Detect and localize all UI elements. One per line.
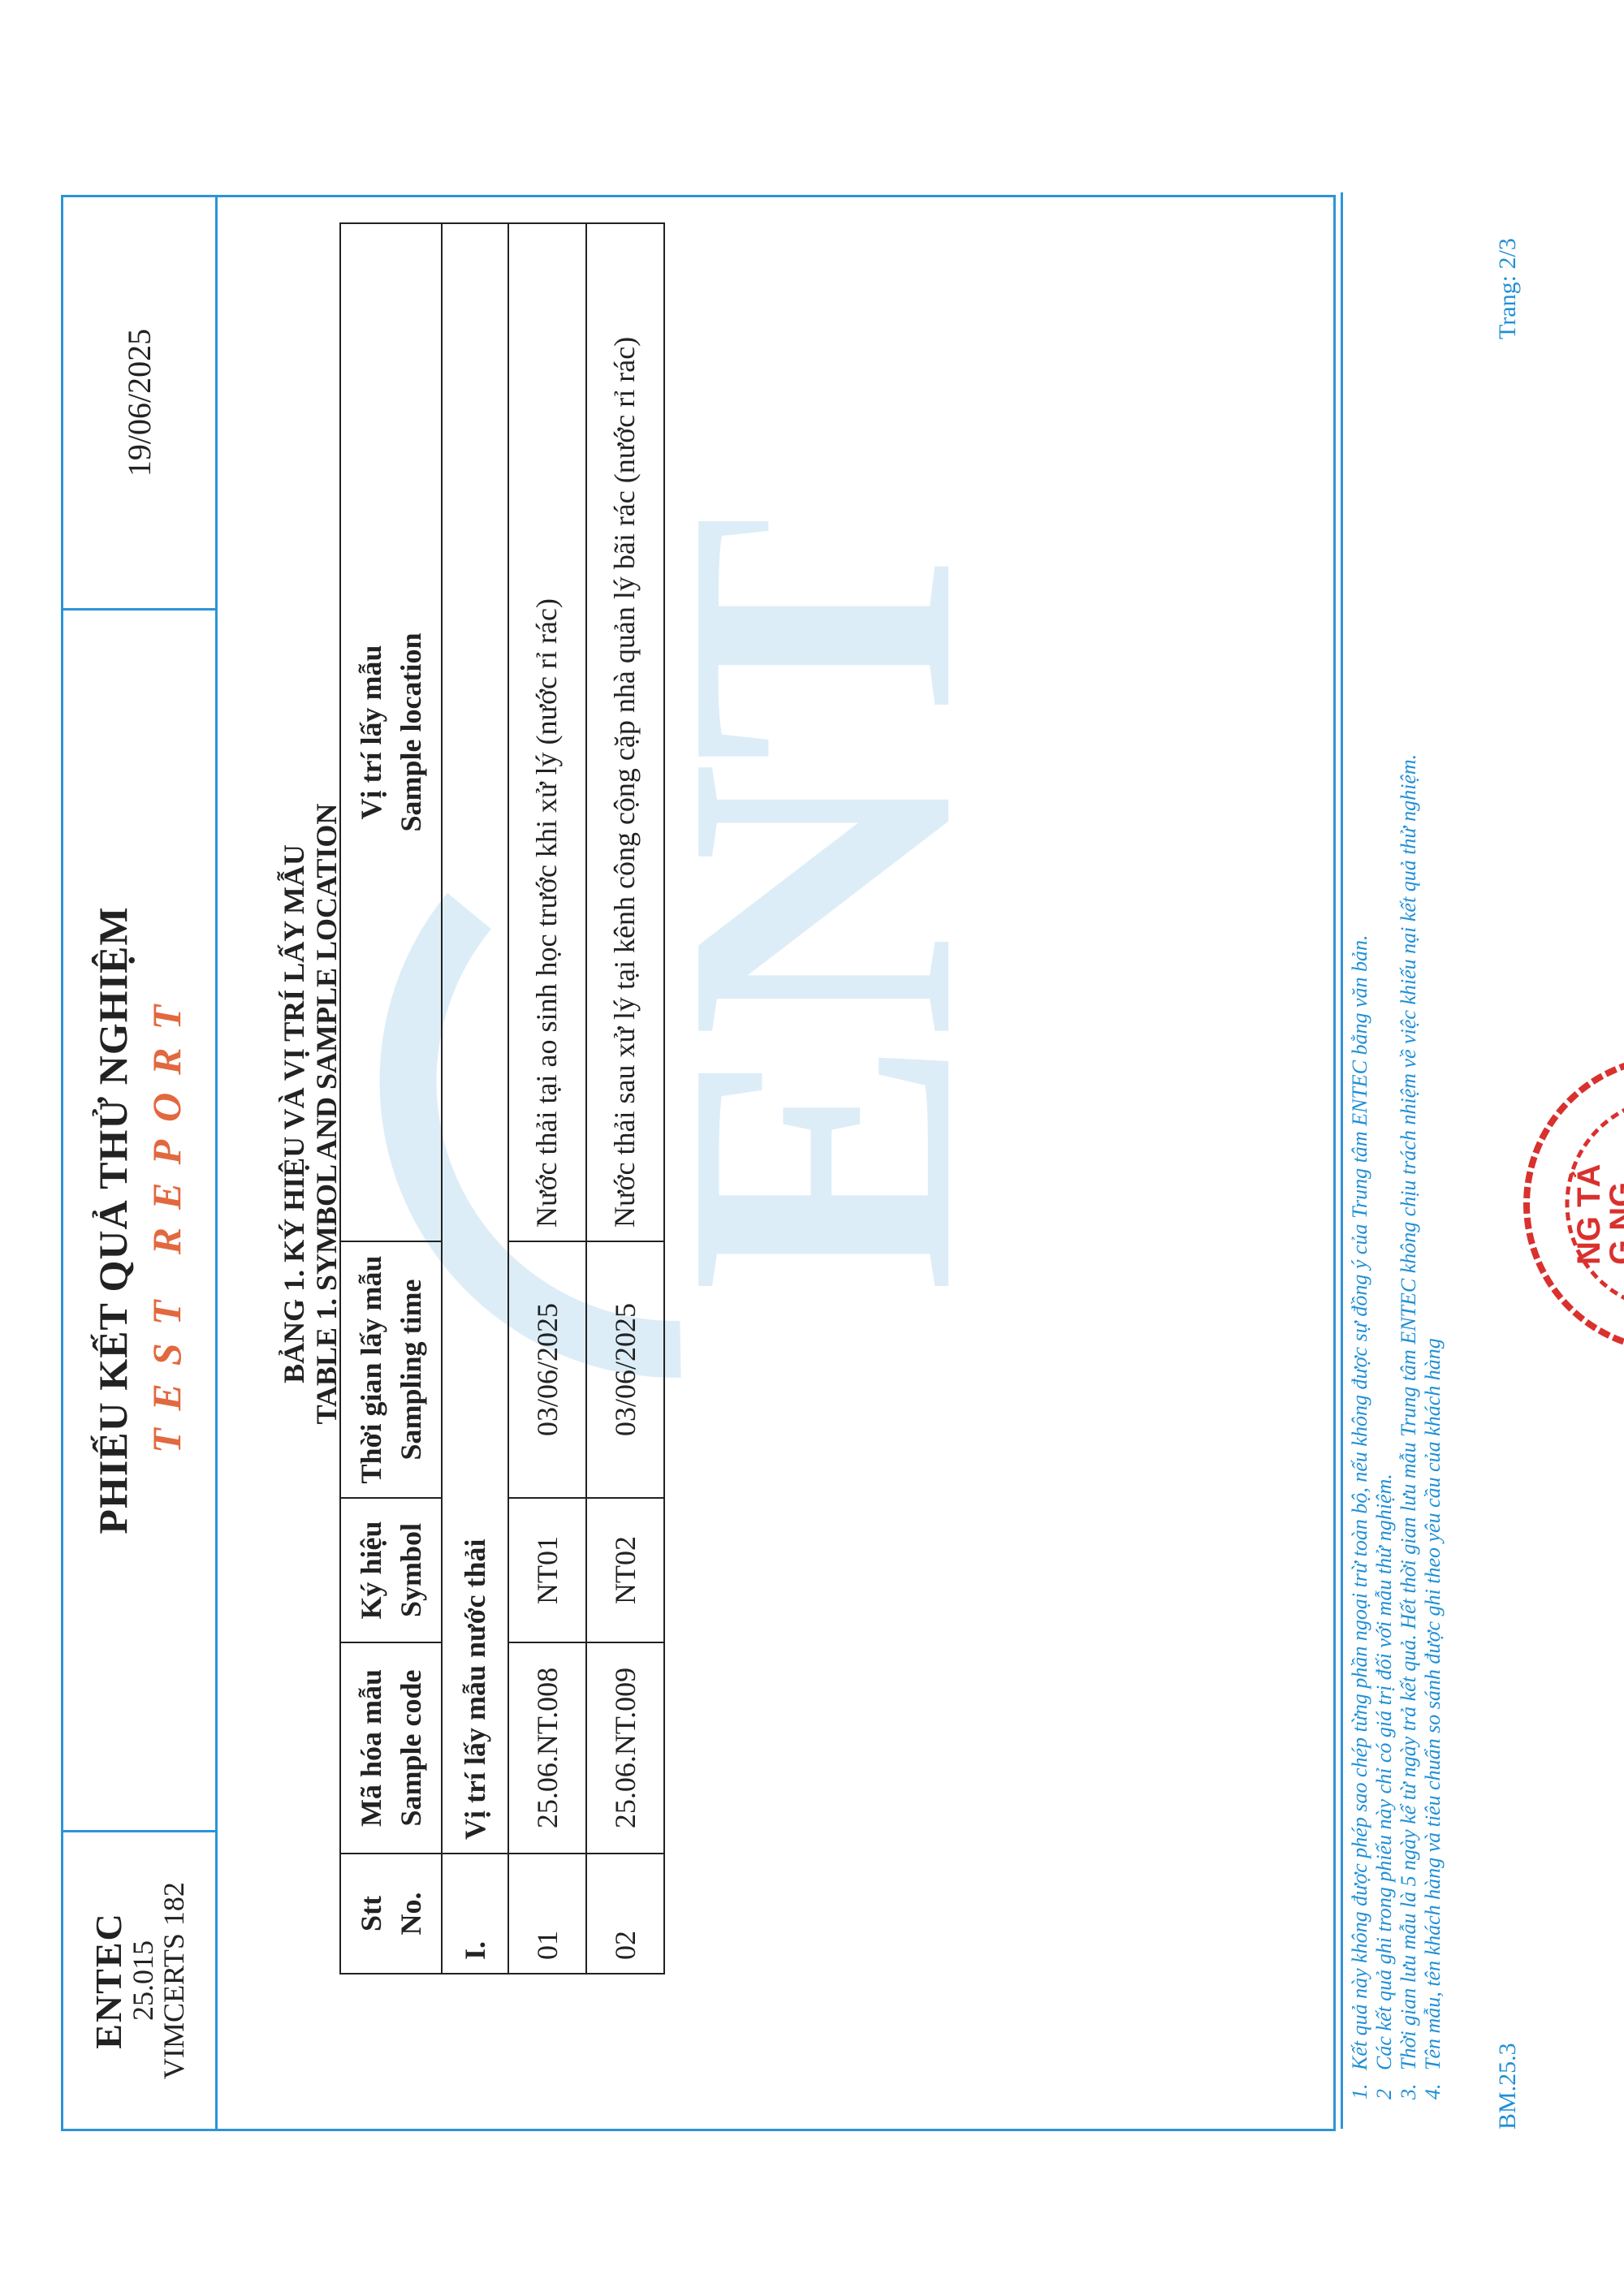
table-header-row: SttNo. Mã hóa mẫuSample code Ký hiệuSymb… — [340, 223, 442, 1974]
table-row: 01 25.06.NT.008 NT01 03/06/2025 Nước thả… — [508, 223, 586, 1974]
footnote-list: 1.Kết quả này không được phép sao chép t… — [1343, 192, 1445, 2129]
table-caption-en: TABLE 1. SYMBOL AND SAMPLE LOCATION — [311, 424, 343, 1804]
cell-symbol: NT01 — [508, 1498, 586, 1642]
section-index: I. — [442, 1854, 508, 1974]
report-title-cell: PHIẾU KẾT QUẢ THỬ NGHIỆM TEST REPORT — [63, 611, 215, 1830]
org-name: ENTEC — [89, 1912, 128, 2048]
table-section-row: I. Vị trí lấy mẫu nước thải — [442, 223, 508, 1974]
header-divider — [63, 608, 218, 611]
cell-no: 02 — [586, 1854, 664, 1974]
report-title-vn: PHIẾU KẾT QUẢ THỬ NGHIỆM — [89, 906, 136, 1534]
cell-sample-location: Nước thải tại ao sinh học trước khi xử l… — [508, 223, 586, 1241]
cell-sample-location: Nước thải sau xử lý tại kênh công cộng c… — [586, 223, 664, 1241]
cell-sample-code: 25.06.NT.008 — [508, 1642, 586, 1854]
section-label: Vị trí lấy mẫu nước thải — [442, 223, 508, 1854]
sample-location-table: SttNo. Mã hóa mẫuSample code Ký hiệuSymb… — [339, 222, 665, 1974]
svg-text:ENTEC: ENTEC — [608, 521, 1031, 1293]
col-header-sampling-time: Thời gian lấy mẫuSampling time — [340, 1241, 442, 1498]
cell-no: 01 — [508, 1854, 586, 1974]
org-info-cell: ENTEC 25.015 VIMCERTS 182 — [63, 1832, 215, 2129]
col-header-symbol: Ký hiệuSymbol — [340, 1498, 442, 1642]
table-caption-vn: BẢNG 1. KÝ HIỆU VÀ VỊ TRÍ LẤY MẪU — [279, 424, 311, 1804]
red-seal-stamp-icon: NG TẢ G NG — [1510, 1046, 1624, 1362]
footnote-item: 3.Thời gian lưu mẫu là 5 ngày kể từ ngày… — [1397, 192, 1421, 2100]
col-header-no: SttNo. — [340, 1854, 442, 1974]
org-code: 25.015 — [128, 1940, 159, 2021]
table-row: 02 25.06.NT.009 NT02 03/06/2025 Nước thả… — [586, 223, 664, 1974]
cell-symbol: NT02 — [586, 1498, 664, 1642]
org-cert: VIMCERTS 182 — [159, 1882, 190, 2079]
report-title-en: TEST REPORT — [143, 987, 190, 1453]
cell-sampling-time: 03/06/2025 — [508, 1241, 586, 1498]
report-date: 19/06/2025 — [63, 197, 215, 608]
report-frame: ENTEC 25.015 VIMCERTS 182 PHIẾU KẾT QUẢ … — [61, 195, 1336, 2131]
test-report-page: ENTEC 25.015 VIMCERTS 182 PHIẾU KẾT QUẢ … — [0, 0, 1624, 2296]
cell-sample-code: 25.06.NT.009 — [586, 1642, 664, 1854]
footnotes-section: 1.Kết quả này không được phép sao chép t… — [1341, 192, 1445, 2129]
page-number: Trang: 2/3 — [1494, 238, 1522, 339]
footnote-item: 1.Kết quả này không được phép sao chép t… — [1348, 192, 1372, 2100]
header-divider — [63, 1830, 218, 1832]
form-code: BM.25.3 — [1494, 2043, 1522, 2130]
col-header-sample-location: Vị trí lấy mẫuSample location — [340, 223, 442, 1241]
cell-sampling-time: 03/06/2025 — [586, 1241, 664, 1498]
svg-text:NG TẢ: NG TẢ — [1570, 1164, 1607, 1265]
svg-text:G NG: G NG — [1604, 1182, 1624, 1265]
footnote-item: 4.Tên mẫu, tên khách hàng và tiêu chuẩn … — [1421, 192, 1445, 2100]
table-caption: BẢNG 1. KÝ HIỆU VÀ VỊ TRÍ LẤY MẪU TABLE … — [279, 424, 343, 1804]
col-header-sample-code: Mã hóa mẫuSample code — [340, 1642, 442, 1854]
footnote-item: 2Các kết quả ghi trong phiếu này chỉ có … — [1372, 192, 1397, 2100]
header-bottom-rule — [215, 197, 218, 2129]
